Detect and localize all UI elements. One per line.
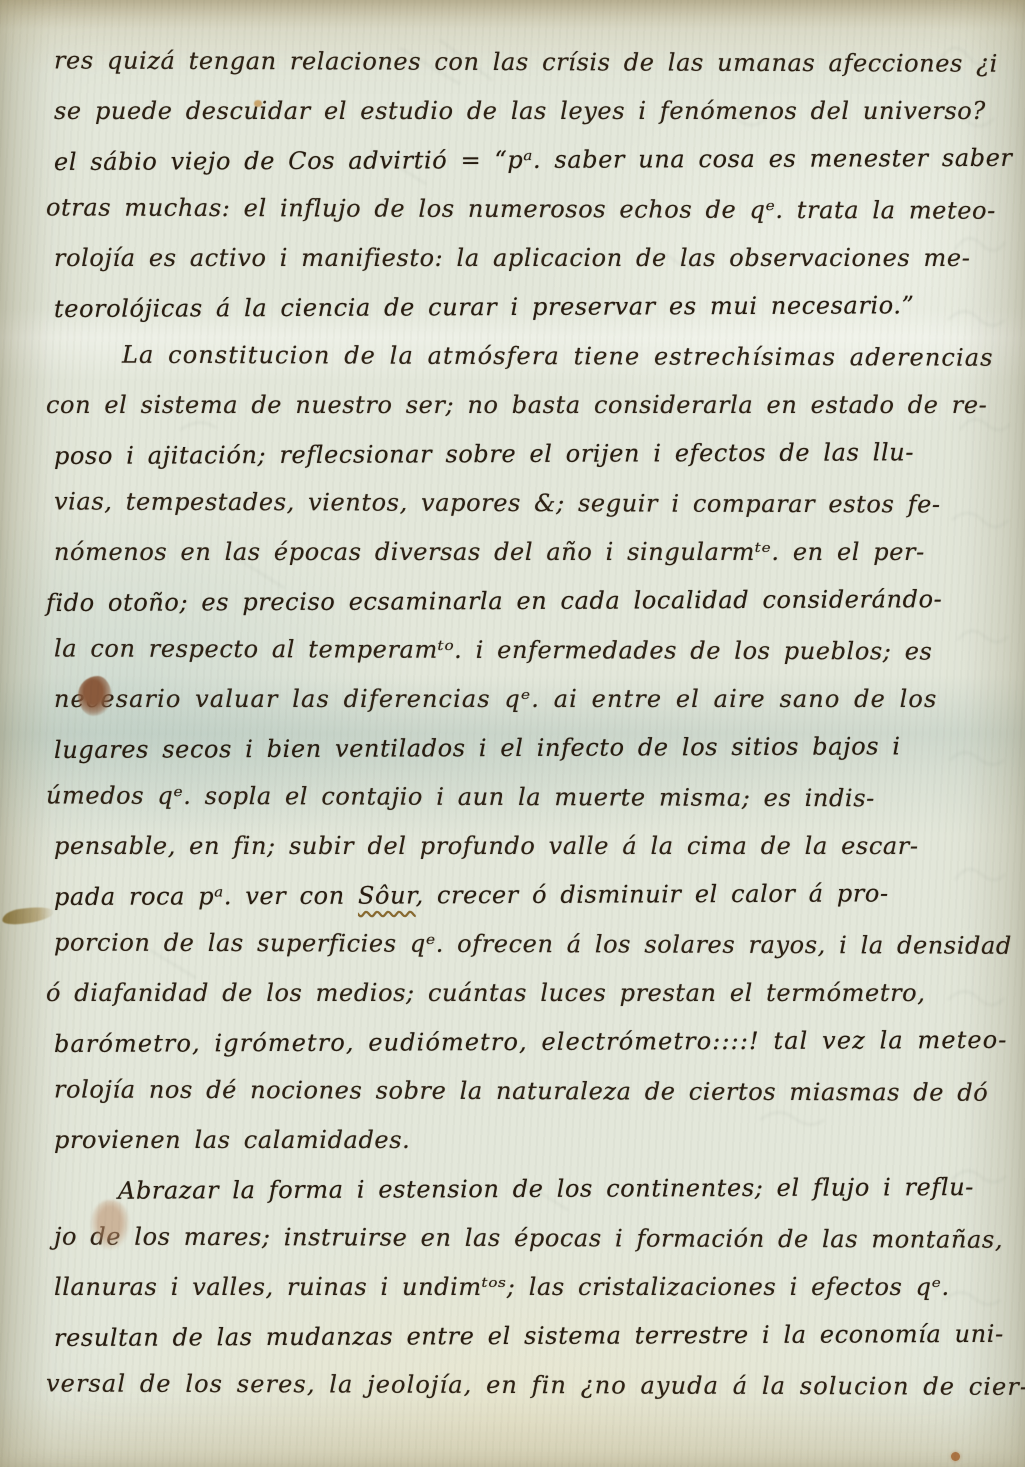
manuscript-line: pensable, en fin; subir del profundo val…	[42, 822, 972, 871]
manuscript-line: la con respecto al temperamᵗᵒ. i enferme…	[42, 624, 972, 676]
manuscript-line: necesario valuar las diferencias qᵉ. ai …	[42, 675, 972, 724]
manuscript-line: La constitucion de la atmósfera tiene es…	[42, 330, 972, 382]
manuscript-line: resultan de las mudanzas entre el sistem…	[42, 1310, 972, 1363]
manuscript-line: barómetro, igrómetro, eudiómetro, electr…	[42, 1016, 972, 1069]
manuscript-page: res quizá tengan relaciones con las crís…	[0, 0, 1025, 1467]
manuscript-line: con el sistema de nuestro ser; no basta …	[42, 381, 972, 430]
manuscript-line: lugares secos i bien ventilados i el inf…	[42, 722, 972, 775]
manuscript-line: teorolójicas á la ciencia de curar i pre…	[42, 281, 972, 334]
underlined-word: Sôur	[358, 881, 416, 909]
manuscript-line: provienen las calamidades.	[42, 1116, 972, 1165]
manuscript-line: pada roca pᵃ. ver con Sôur, crecer ó dis…	[42, 869, 972, 922]
manuscript-line: se puede descuidar el estudio de las ley…	[42, 87, 972, 136]
manuscript-line: Abrazar la forma i estension de los cont…	[42, 1163, 972, 1216]
manuscript-line: res quizá tengan relaciones con las crís…	[42, 36, 972, 88]
manuscript-line: porcion de las superficies qᵉ. ofrecen á…	[42, 918, 972, 970]
manuscript-line: el sábio viejo de Cos advirtió = “pᵃ. sa…	[42, 134, 972, 187]
manuscript-line: nómenos en las épocas diversas del año i…	[42, 528, 972, 577]
manuscript-line: úmedos qᵉ. sopla el contajio i aun la mu…	[42, 771, 972, 823]
manuscript-line: rolojía nos dé nociones sobre la natural…	[42, 1065, 972, 1117]
manuscript-line: fido otoño; es preciso ecsaminarla en ca…	[42, 575, 972, 628]
manuscript-line: rolojía es activo i manifiesto: la aplic…	[42, 234, 972, 283]
manuscript-line: poso i ajitación; reflecsionar sobre el …	[42, 428, 972, 481]
manuscript-line: vias, tempestades, vientos, vapores &; s…	[42, 477, 972, 529]
manuscript-line: versal de los seres, la jeolojía, en fin…	[42, 1359, 972, 1411]
manuscript-line: ó diafanidad de los medios; cuántas luce…	[42, 969, 972, 1018]
manuscript-line: otras muchas: el influjo de los numeroso…	[42, 183, 972, 235]
manuscript-line: llanuras i valles, ruinas i undimᵗᵒˢ; la…	[42, 1263, 972, 1312]
manuscript-line: jo de los mares; instruirse en las época…	[42, 1212, 972, 1264]
rust-spot	[951, 1452, 960, 1461]
manuscript-text: res quizá tengan relaciones con las crís…	[42, 38, 972, 1410]
